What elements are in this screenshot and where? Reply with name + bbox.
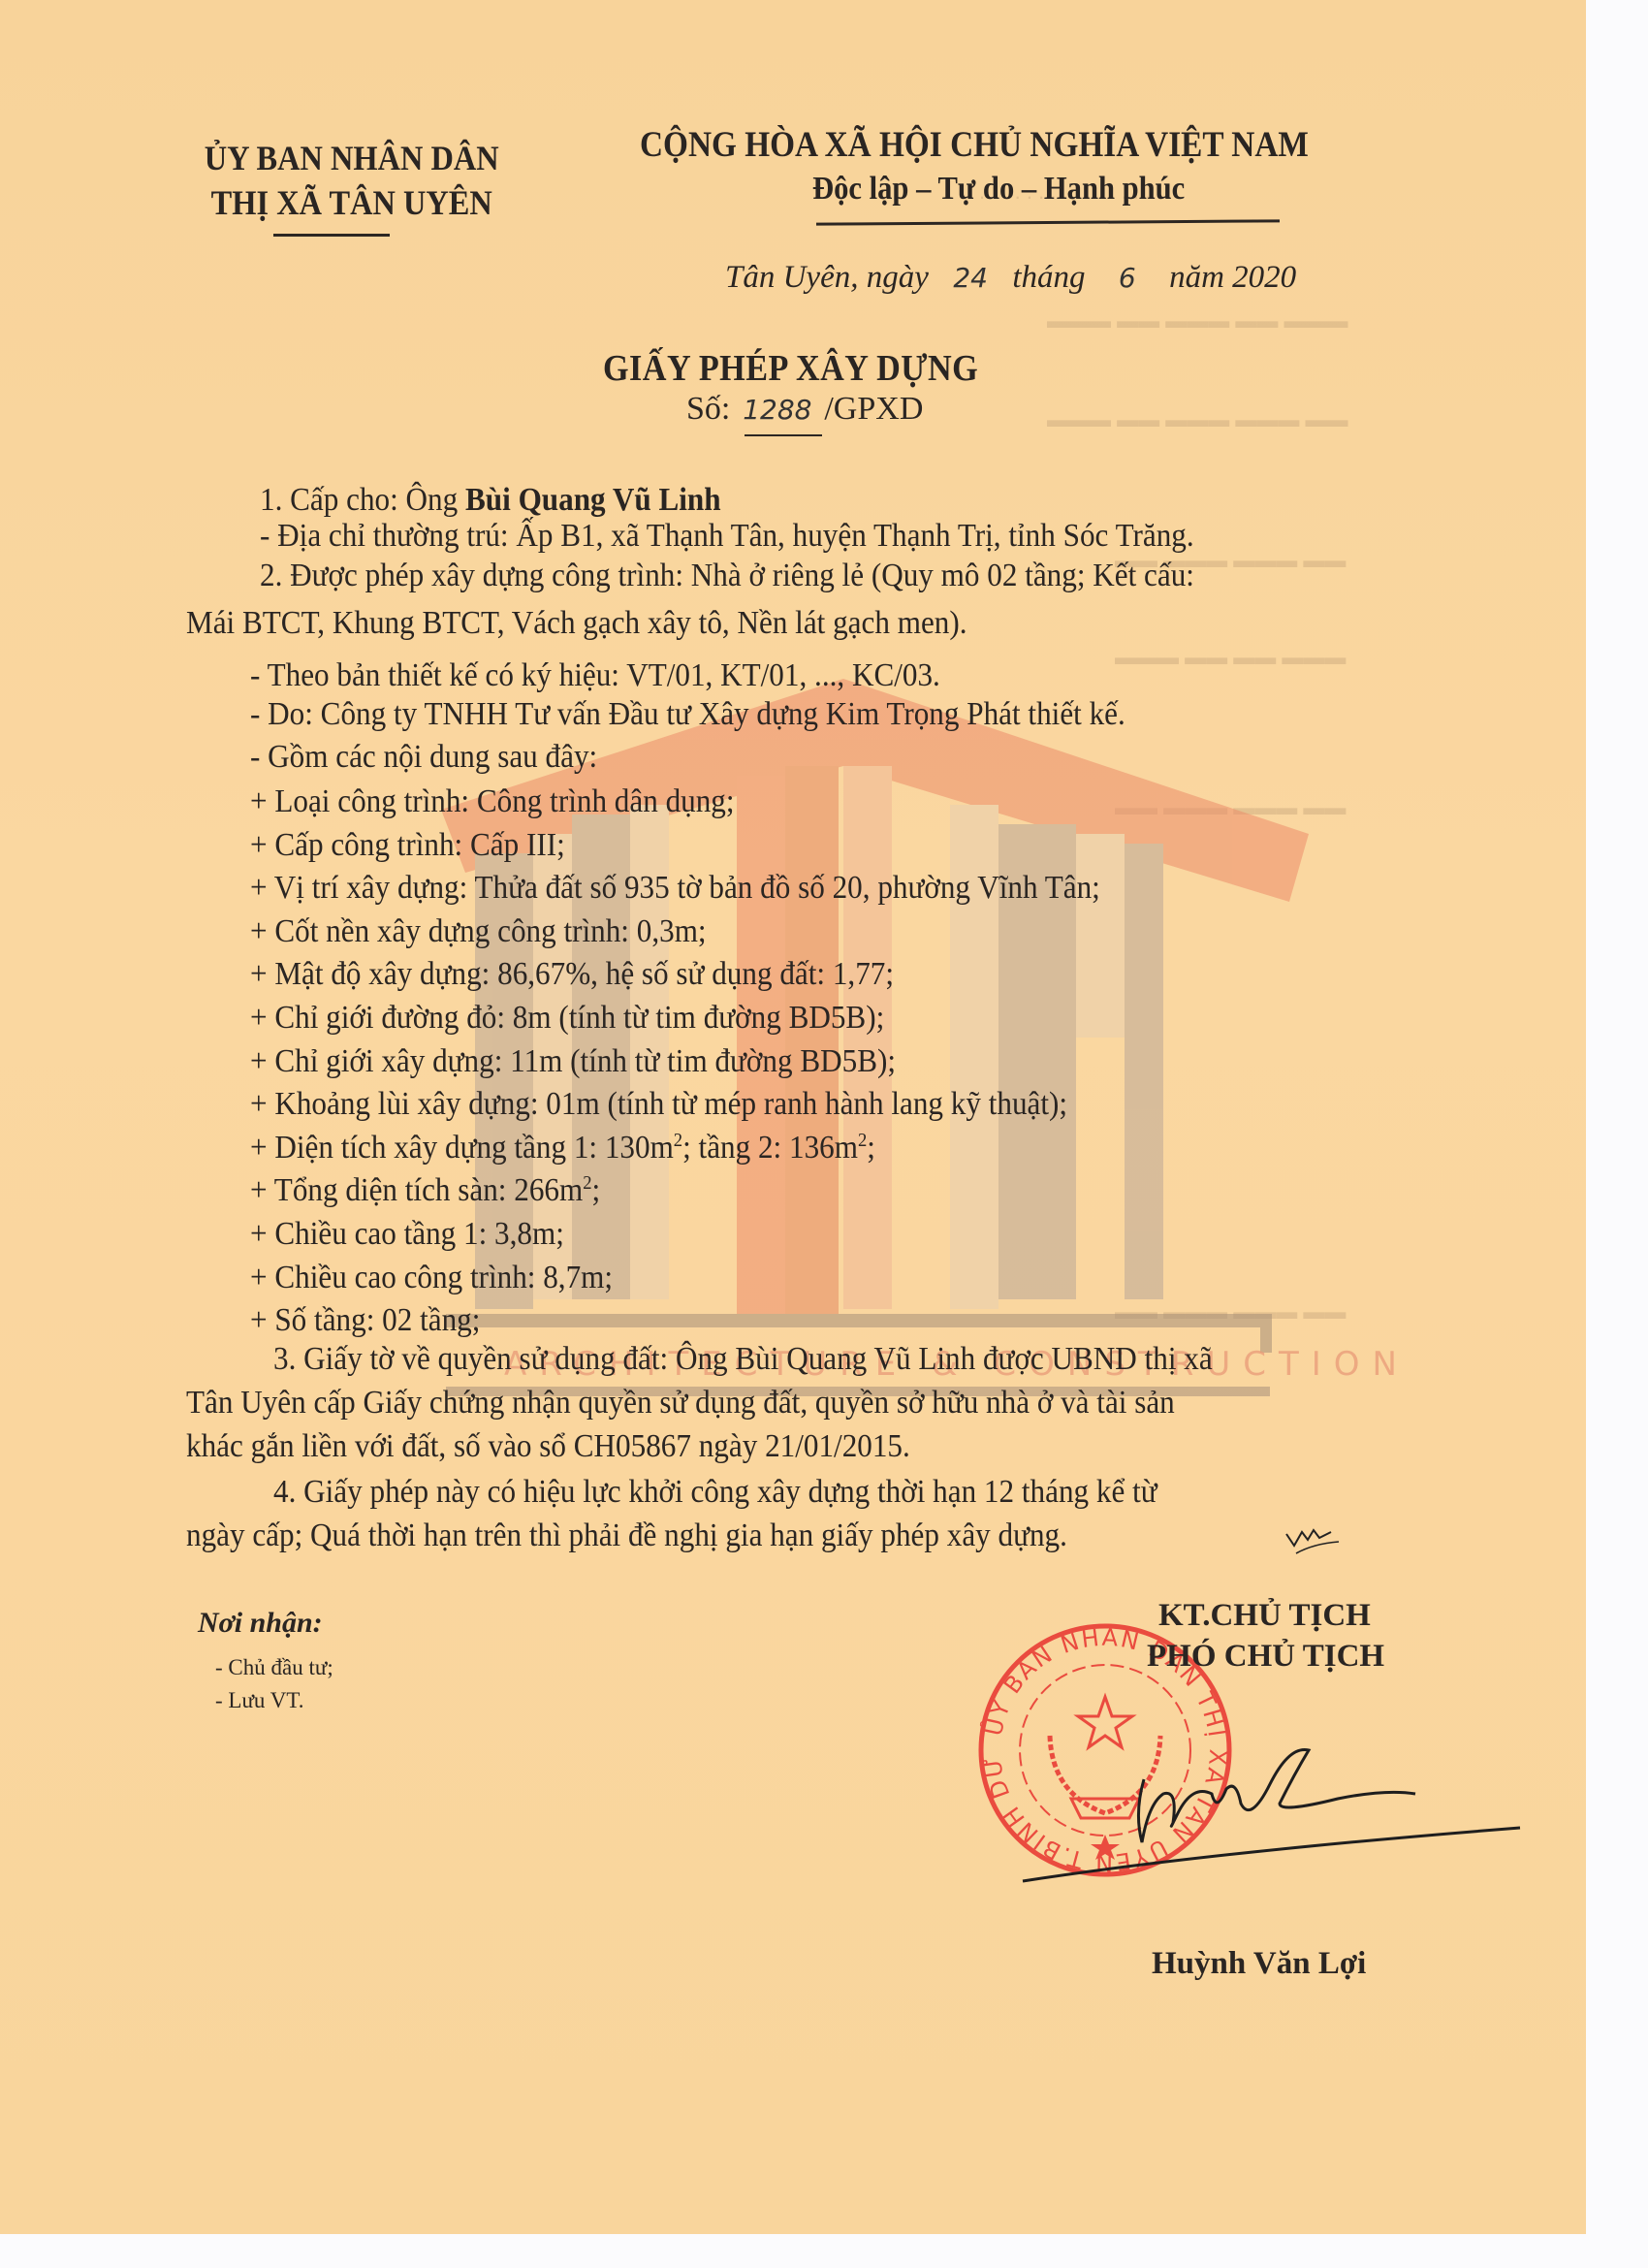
bleed-through-text: ▬▬ ▬▬▬ ▬▬▬ ▬▬ [1115, 1299, 1346, 1325]
permit-number-prefix: Số: [686, 391, 730, 427]
superscript: 2 [583, 1172, 591, 1194]
issuing-agency: ỦY BAN NHÂN DÂN THỊ XÃ TÂN UYÊN [179, 136, 524, 225]
agency-line-1: ỦY BAN NHÂN DÂN [179, 136, 524, 180]
date-place: Tân Uyên, ngày [725, 260, 929, 295]
item-2-line-1: 2. Được phép xây dựng công trình: Nhà ở … [260, 558, 1194, 594]
motto-underline [816, 219, 1280, 225]
agency-line-2: THỊ XÃ TÂN UYÊN [179, 180, 524, 225]
item-3-line-2: Tân Uyên cấp Giấy chứng nhận quyền sử dụ… [186, 1385, 1175, 1421]
item-1-label: 1. Cấp cho: Ông [260, 482, 465, 518]
item-4-line-2: ngày cấp; Quá thời hạn trên thì phải đề … [186, 1517, 1067, 1554]
national-motto: Độc lập – Tự do – Hạnh phúc [812, 171, 1185, 208]
permit-detail-item: + Diện tích xây dựng tầng 1: 130m2; tầng… [250, 1130, 875, 1166]
permit-detail-item: + Cốt nền xây dựng công trình: 0,3m; [250, 913, 707, 950]
permit-detail-item: + Chiều cao công trình: 8,7m; [250, 1260, 613, 1296]
recipient-item: - Lưu VT. [215, 1688, 303, 1713]
item-4-line-1: 4. Giấy phép này có hiệu lực khởi công x… [273, 1474, 1157, 1511]
signer-name: Huỳnh Văn Lợi [1152, 1946, 1366, 1982]
date-year: năm 2020 [1169, 260, 1296, 295]
permit-number: Số: 1288 /GPXD [686, 391, 923, 428]
permit-detail-item: + Chiều cao tầng 1: 3,8m; [250, 1216, 564, 1253]
superscript: 2 [674, 1130, 682, 1151]
permit-number-handwritten: 1288 [739, 394, 816, 426]
agency-underline [273, 234, 390, 237]
item-2-line-2: Mái BTCT, Khung BTCT, Vách gạch xây tô, … [186, 605, 967, 642]
scanned-page: . . . . . . . . . . . . . . . ▬▬▬ ▬▬ ▬▬▬… [0, 0, 1586, 2234]
item-3-line-3: khác gắn liền với đất, số vào sổ CH05867… [186, 1428, 910, 1465]
permit-detail-item: + Vị trí xây dựng: Thửa đất số 935 tờ bả… [250, 870, 1100, 907]
bleed-through-text: ▬▬ ▬▬▬ ▬▬▬ ▬▬ [1115, 795, 1346, 820]
item-1: 1. Cấp cho: Ông Bùi Quang Vũ Linh [260, 482, 721, 519]
signer-position: PHÓ CHỦ TỊCH [1147, 1639, 1384, 1675]
permit-detail-item: + Tổng diện tích sàn: 266m2; [250, 1172, 600, 1209]
signer-authority: KT.CHỦ TỊCH [1158, 1598, 1371, 1634]
permit-detail-item: + Cấp công trình: Cấp III; [250, 827, 565, 864]
issue-date: Tân Uyên, ngày 24 tháng 6 năm 2020 [725, 260, 1296, 296]
initial-mark-icon [1284, 1520, 1343, 1559]
bleed-through-text: ▬▬▬ ▬▬ ▬▬▬ ▬▬▬ ▬▬ [1047, 407, 1347, 432]
bleed-through-text: ▬▬▬ ▬▬ ▬▬▬ ▬▬ ▬▬▬ [1047, 308, 1347, 334]
title-underline [745, 434, 822, 436]
item-3-line-1: 3. Giấy tờ về quyền sử dụng đất: Ông Bùi… [273, 1341, 1213, 1378]
permit-detail-item: + Chỉ giới đường đỏ: 8m (tính từ tim đườ… [250, 1000, 884, 1037]
permit-detail-item: + Khoảng lùi xây dựng: 01m (tính từ mép … [250, 1086, 1067, 1123]
permit-detail-item: + Mật độ xây dựng: 86,67%, hệ số sử dụng… [250, 956, 894, 993]
handwritten-signature-icon [1018, 1736, 1522, 1910]
date-day-handwritten: 24 [936, 262, 1004, 294]
designer-line: - Do: Công ty TNHH Tư vấn Đầu tư Xây dựn… [250, 696, 1125, 733]
contents-intro: - Gồm các nội dung sau đây: [250, 739, 597, 776]
permit-detail-item: + Loại công trình: Công trình dân dụng; [250, 783, 735, 820]
grantee-name: Bùi Quang Vũ Linh [465, 482, 721, 518]
design-code-line: - Theo bản thiết kế có ký hiệu: VT/01, K… [250, 657, 940, 694]
permit-detail-item: + Chỉ giới xây dựng: 11m (tính từ tim đư… [250, 1043, 896, 1080]
recipient-item: - Chủ đầu tư; [215, 1655, 333, 1680]
national-title: CỘNG HÒA XÃ HỘI CHỦ NGHĨA VIỆT NAM [640, 124, 1309, 166]
recipients-title: Nơi nhận: [198, 1607, 323, 1640]
superscript: 2 [858, 1130, 867, 1151]
permit-detail-item: + Số tầng: 02 tầng; [250, 1302, 480, 1339]
date-month-handwritten: 6 [1093, 262, 1161, 294]
document-title: GIẤY PHÉP XÂY DỰNG [603, 347, 978, 390]
bleed-through-text: ▬▬▬ ▬▬ ▬▬ ▬▬▬ [1115, 645, 1346, 670]
permit-number-suffix: /GPXD [824, 391, 923, 427]
address-line: - Địa chỉ thường trú: Ấp B1, xã Thạnh Tâ… [260, 518, 1194, 555]
date-month-label: tháng [1012, 260, 1085, 295]
